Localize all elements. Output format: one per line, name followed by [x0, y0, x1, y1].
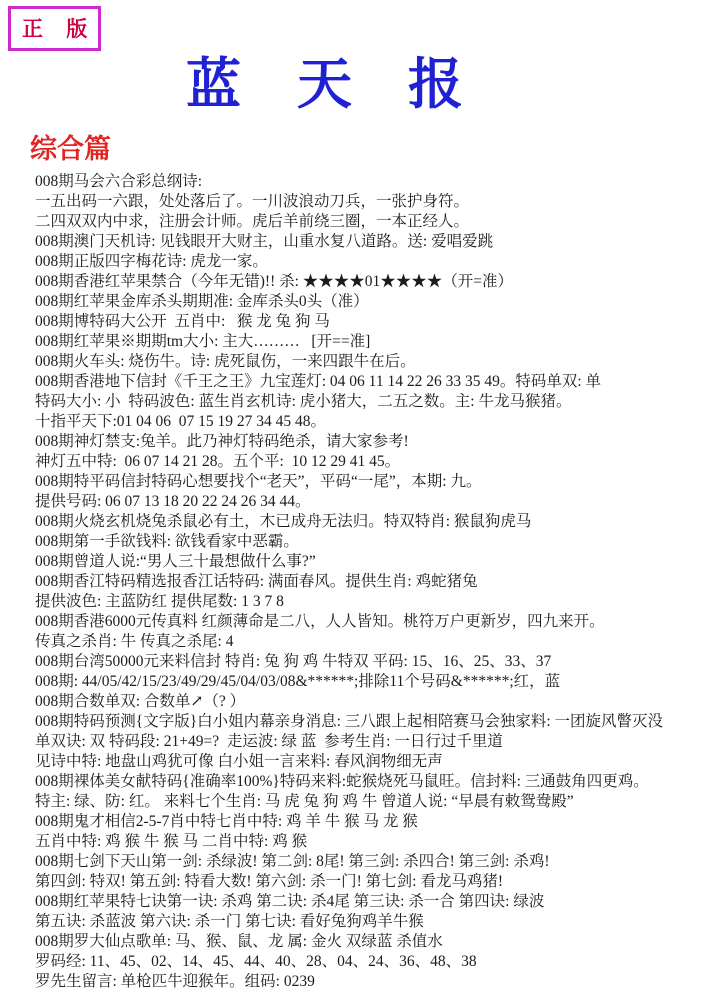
body-line: 008期第一手欲钱料: 欲钱看家中恶霸。	[35, 532, 701, 552]
body-line: 008期香港红苹果禁合（今年无错)!! 杀: ★★★★01★★★★（开=准）	[35, 272, 701, 292]
body-line: 008期鬼才相信2-5-7肖中特七肖中特: 鸡 羊 牛 猴 马 龙 猴	[35, 812, 701, 832]
body-line: 008期台湾50000元来料信封 特肖: 兔 狗 鸡 牛特双 平码: 15、16…	[35, 652, 701, 672]
body-line: 提供波色: 主蓝防红 提供尾数: 1 3 7 8	[35, 592, 701, 612]
body-line: 008期红苹果※期期tm大小: 主大……… [开==准]	[35, 332, 701, 352]
body-line: 008期香江特码精选报香江话特码: 满面春风。提供生肖: 鸡蛇猪兔	[35, 572, 701, 592]
section-title: 综合篇	[30, 132, 111, 166]
body-line: 008期红苹果金库杀头期期准: 金库杀头0头（准）	[35, 292, 701, 312]
page-title: 蓝天报	[0, 52, 705, 118]
body-line: 008期红苹果特七诀第一诀: 杀鸡 第二诀: 杀4尾 第三诀: 杀一合 第四诀:…	[35, 892, 701, 912]
body-line: 十指平天下:01 04 06 07 15 19 27 34 45 48。	[35, 412, 701, 432]
newspaper-page: 正 版 蓝天报 综合篇 008期马会六合彩总纲诗:一五出码一六跟，处处落后了。一…	[0, 0, 705, 1007]
body-line: 单双诀: 双 特码段: 21+49=? 走运波: 绿 蓝 参考生肖: 一日行过千…	[35, 732, 701, 752]
body-line: 罗先生留言: 单枪匹牛迎猴年。组码: 0239	[35, 972, 701, 992]
body-line: 008期曾道人说:“男人三十最想做什么事?”	[35, 552, 701, 572]
body-line: 008期火车头: 烧伤牛。诗: 虎死鼠伤，一来四跟牛在后。	[35, 352, 701, 372]
stamp-label: 正 版	[22, 17, 96, 41]
body-line: 第五诀: 杀蓝波 第六诀: 杀一门 第七诀: 看好兔狗鸡羊牛猴	[35, 912, 701, 932]
body-line: 008期正版四字梅花诗: 虎龙一家。	[35, 252, 701, 272]
body-line: 二四双双内中求，注册会计师。虎后羊前绕三圈，一本正经人。	[35, 212, 701, 232]
body-line: 008期澳门天机诗: 见钱眼开大财主，山重水复八道路。送: 爱唱爱跳	[35, 232, 701, 252]
body-line: 008期特码预测{文字版}白小姐内幕亲身消息: 三八跟上起相陪赛马会独家料: 一…	[35, 712, 701, 732]
body-line: 提供号码: 06 07 13 18 20 22 24 26 34 44。	[35, 492, 701, 512]
authenticity-stamp: 正 版	[8, 6, 101, 51]
body-line: 一五出码一六跟，处处落后了。一川波浪动刀兵，一张护身符。	[35, 192, 701, 212]
body-line: 008期: 44/05/42/15/23/49/29/45/04/03/08&*…	[35, 672, 701, 692]
body-line: 008期马会六合彩总纲诗:	[35, 172, 701, 192]
body-line: 特码大小: 小 特码波色: 蓝生肖玄机诗: 虎小猪大，二五之数。主: 牛龙马猴猪…	[35, 392, 701, 412]
body-line: 传真之杀肖: 牛 传真之杀尾: 4	[35, 632, 701, 652]
body-line: 008期火烧玄机烧兔杀鼠必有土，木已成舟无法归。特双特肖: 猴鼠狗虎马	[35, 512, 701, 532]
body-text: 008期马会六合彩总纲诗:一五出码一六跟，处处落后了。一川波浪动刀兵，一张护身符…	[35, 172, 701, 992]
body-line: 008期神灯禁支:兔羊。此乃神灯特码绝杀，请大家参考!	[35, 432, 701, 452]
body-line: 008期合数单双: 合数单↗（? ）	[35, 692, 701, 712]
body-line: 特主: 绿、防: 红。 来料七个生肖: 马 虎 兔 狗 鸡 牛 曾道人说: “早…	[35, 792, 701, 812]
body-line: 五肖中特: 鸡 猴 牛 猴 马 二肖中特: 鸡 猴	[35, 832, 701, 852]
body-line: 008期裸体美女献特码{准确率100%}特码来料:蛇猴烧死马鼠旺。信封料: 三通…	[35, 772, 701, 792]
body-line: 008期博特码大公开 五肖中: 猴 龙 兔 狗 马	[35, 312, 701, 332]
body-line: 见诗中特: 地盘山鸡犹可像 白小姐一言来料: 春风润物细无声	[35, 752, 701, 772]
body-line: 第四剑: 特双! 第五剑: 特看大数! 第六剑: 杀一门! 第七剑: 看龙马鸡猪…	[35, 872, 701, 892]
body-line: 008期香港6000元传真料 红颜薄命是二八，人人皆知。桃符万户更新岁，四九来开…	[35, 612, 701, 632]
body-line: 008期特平码信封特码心想要找个“老天”，平码“一尾”，本期: 九。	[35, 472, 701, 492]
body-line: 008期香港地下信封《千王之王》九宝莲灯: 04 06 11 14 22 26 …	[35, 372, 701, 392]
body-line: 008期罗大仙点歌单: 马、猴、鼠、龙 属: 金火 双绿蓝 杀值水	[35, 932, 701, 952]
body-line: 神灯五中特: 06 07 14 21 28。五个平: 10 12 29 41 4…	[35, 452, 701, 472]
body-line: 罗码经: 11、45、02、14、45、44、40、28、04、24、36、48…	[35, 952, 701, 972]
body-line: 008期七剑下天山第一剑: 杀绿波! 第二剑: 8尾! 第三剑: 杀四合! 第三…	[35, 852, 701, 872]
